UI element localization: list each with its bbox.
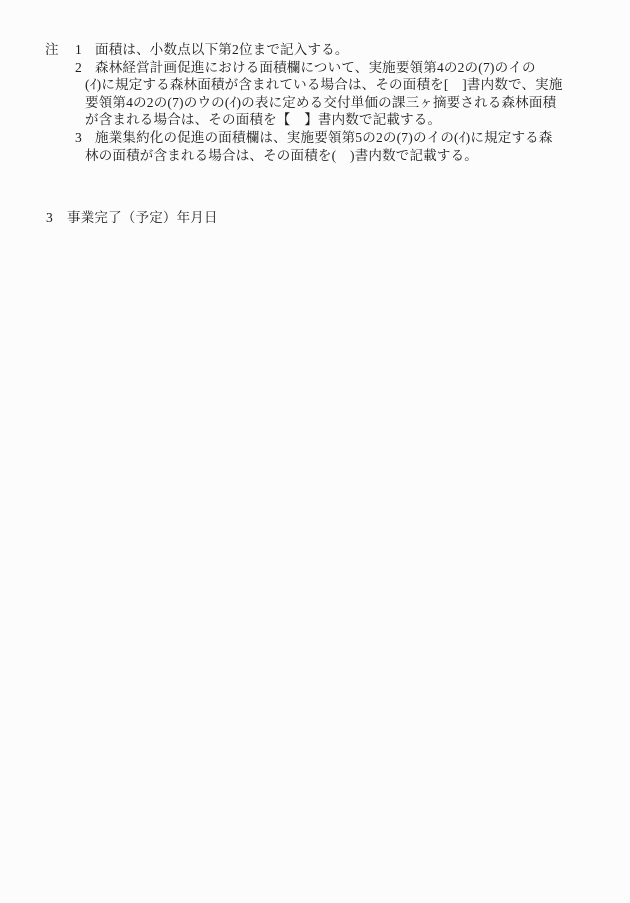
- note-item-number: 1: [75, 41, 82, 59]
- note-item-text: (ｲ)に規定する森林面積が含まれている場合は、その面積を[ ]書内数で、実施: [85, 76, 600, 94]
- note-line: 林の面積が含まれる場合は、その面積を( )書内数で記載する。: [45, 147, 600, 165]
- note-line: (ｲ)に規定する森林面積が含まれている場合は、その面積を[ ]書内数で、実施: [45, 76, 600, 94]
- note-line: 2森林経営計画促進における面積欄について、実施要領第4の2の(7)のイの: [45, 59, 600, 77]
- note-line: 注1面積は、小数点以下第2位まで記入する。: [45, 41, 600, 59]
- completion-section-number: 3: [46, 209, 67, 227]
- note-item-text: 要領第4の2の(7)のウの(ｲ)の表に定める交付単価の課三ヶ摘要される森林面積: [85, 94, 600, 112]
- note-line: 要領第4の2の(7)のウの(ｲ)の表に定める交付単価の課三ヶ摘要される森林面積: [45, 94, 600, 112]
- note-item-text: 林の面積が含まれる場合は、その面積を( )書内数で記載する。: [85, 147, 600, 165]
- note-line: が含まれる場合は、その面積を【 】書内数で記載する。: [45, 111, 600, 129]
- note-item-text: 森林経営計画促進における面積欄について、実施要領第4の2の(7)のイの: [95, 59, 600, 77]
- completion-heading: 3事業完了（予定）年月日: [46, 209, 218, 227]
- note-item-text: が含まれる場合は、その面積を【 】書内数で記載する。: [85, 111, 600, 129]
- document-page: 注1面積は、小数点以下第2位まで記入する。2森林経営計画促進における面積欄につい…: [0, 0, 630, 903]
- note-item-number: 2: [75, 59, 82, 77]
- notes-marker-label: 注: [45, 41, 59, 59]
- completion-section-title: 事業完了（予定）年月日: [67, 210, 218, 225]
- note-item-text: 施業集約化の促進の面積欄は、実施要領第5の2の(7)のイの(ｲ)に規定する森: [95, 129, 600, 147]
- note-line: 3施業集約化の促進の面積欄は、実施要領第5の2の(7)のイの(ｲ)に規定する森: [45, 129, 600, 147]
- notes-section: 注1面積は、小数点以下第2位まで記入する。2森林経営計画促進における面積欄につい…: [45, 41, 600, 164]
- note-item-text: 面積は、小数点以下第2位まで記入する。: [95, 41, 600, 59]
- note-item-number: 3: [75, 129, 82, 147]
